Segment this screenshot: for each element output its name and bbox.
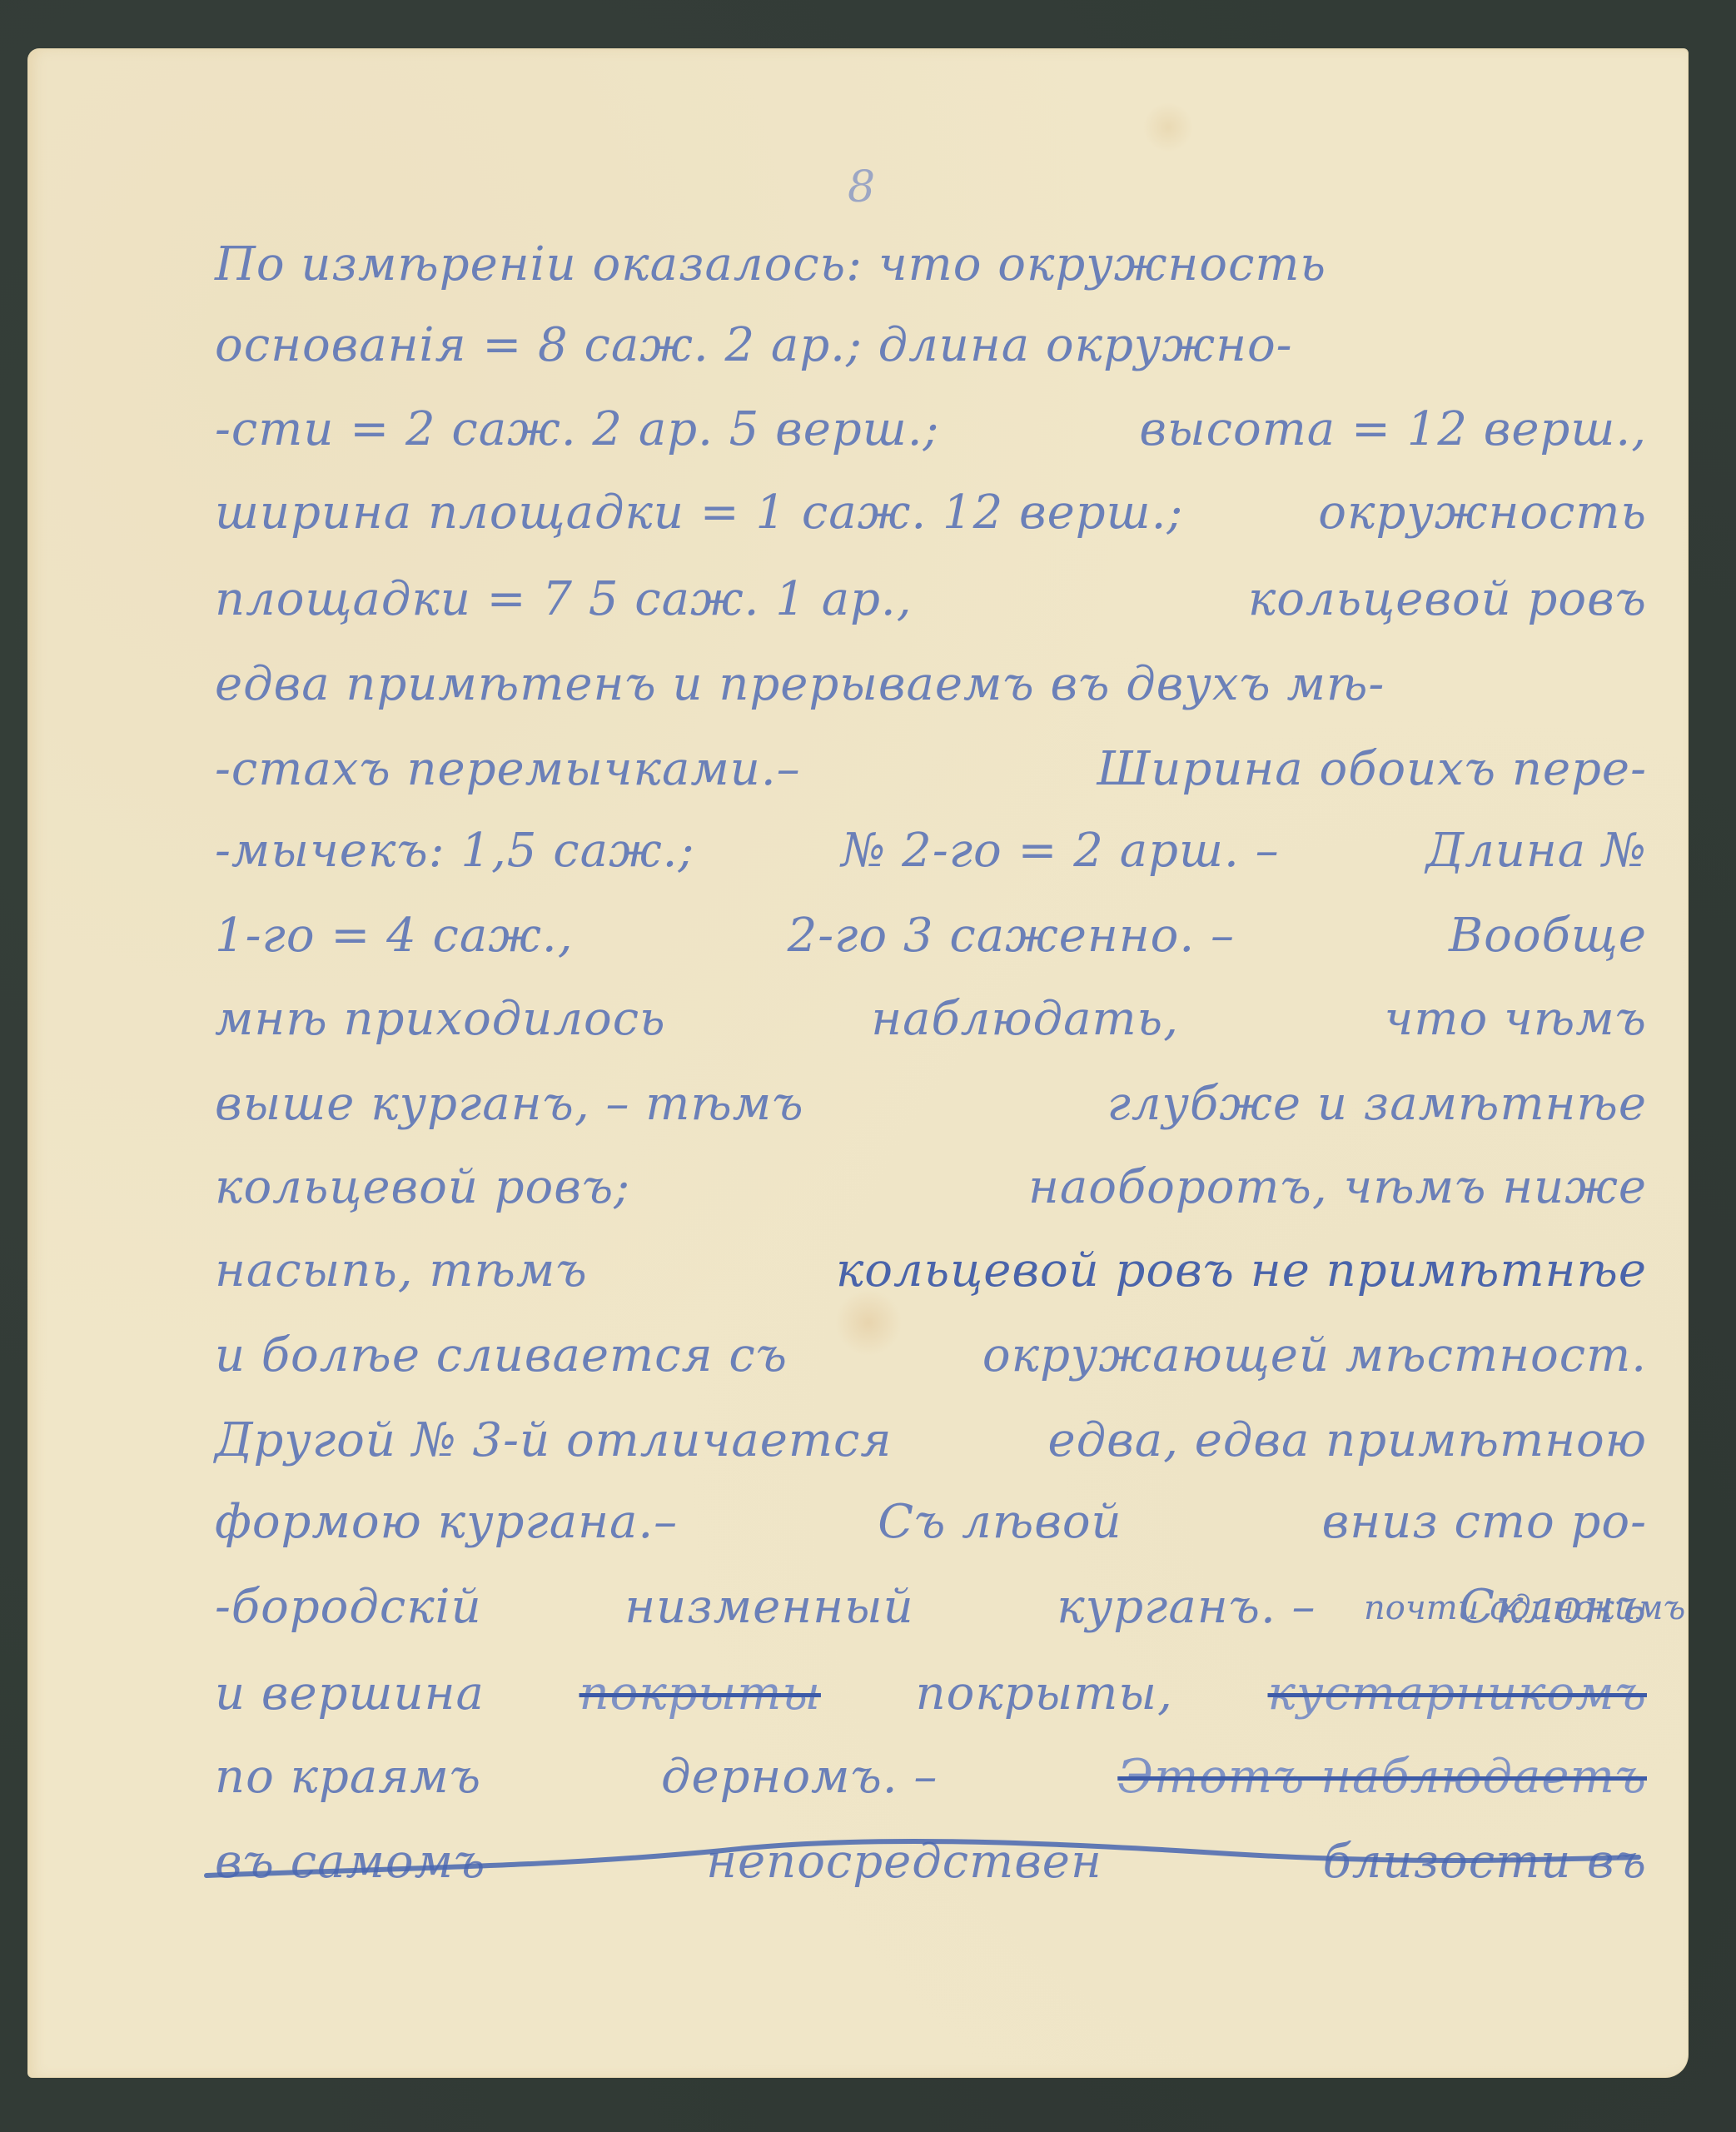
line-segment: Съ лѣвой	[878, 1499, 1122, 1546]
text-line: и болѣе сливается съ окружающей мѣстност…	[215, 1296, 1647, 1379]
line-segment: окружность	[1318, 490, 1647, 536]
line-segment: дерномъ. –	[661, 1754, 938, 1801]
text-line: -стахъ перемычками.– Ширина обоихъ пере-	[215, 710, 1647, 793]
text-line: въ самомъ непосредствен близости въ	[215, 1802, 1647, 1885]
line-segment: -сти = 2 саж. 2 ар. 5 верш.;	[215, 406, 939, 453]
line-segment: окружающей мѣстност.	[982, 1332, 1647, 1379]
text-line: формою кургана.– Съ лѣвой вниз сто ро-	[215, 1462, 1647, 1546]
text-line: основанія = 8 саж. 2 ар.; длина окружно-	[215, 286, 1647, 369]
line-segment: покрыты,	[916, 1671, 1173, 1717]
text-line: выше курганъ, – тѣмъ глубже и замѣтнѣе	[215, 1044, 1647, 1128]
line-segment: едва примѣтенъ и прерываемъ въ двухъ мѣ-	[215, 661, 1385, 708]
line-segment: 2-го 3 саженно. –	[788, 913, 1235, 959]
line-segment: ширина площадки = 1 саж. 12 верш.;	[215, 490, 1183, 536]
interlinear-insertion: почти одинокимъ	[1364, 1589, 1685, 1627]
line-segment: и болѣе сливается съ	[215, 1332, 788, 1379]
line-segment: По измѣреніи оказалось: что окружность	[215, 242, 1326, 288]
text-line: ширина площадки = 1 саж. 12 верш.; окруж…	[215, 453, 1647, 536]
line-segment: наоборотъ, чѣмъ ниже	[1028, 1164, 1647, 1211]
text-line: мнѣ приходилось наблюдать, что чѣмъ	[215, 959, 1647, 1043]
line-segment: -стахъ перемычками.–	[215, 746, 801, 793]
text-line: по краямъ дерномъ. – Этотъ наблюдаетъ	[215, 1717, 1647, 1801]
line-segment: Длина №	[1426, 828, 1647, 874]
line-segment: вниз сто ро-	[1322, 1499, 1647, 1546]
line-segment: 1-го = 4 саж.,	[215, 913, 574, 959]
line-segment: что чѣмъ	[1385, 996, 1647, 1043]
line-segment: курганъ. –	[1057, 1584, 1316, 1631]
line-segment: непосредствен	[706, 1839, 1102, 1885]
struck-segment: покрыты	[579, 1671, 821, 1717]
line-segment: -мычекъ: 1,5 саж.;	[215, 828, 694, 874]
text-line: Другой № 3-й отличается едва, едва примѣ…	[215, 1381, 1647, 1464]
text-line: и вершина покрыты покрыты, кустарникомъ	[215, 1634, 1647, 1717]
line-segment: высота = 12 верш.,	[1139, 406, 1647, 453]
line-segment: едва, едва примѣтною	[1048, 1417, 1647, 1464]
line-segment: низменный	[624, 1584, 914, 1631]
line-segment: площадки = 7 5 саж. 1 ар.,	[215, 576, 913, 623]
line-segment: и вершина	[215, 1671, 485, 1717]
line-segment: глубже и замѣтнѣе	[1107, 1081, 1647, 1128]
line-segment: выше курганъ, – тѣмъ	[215, 1081, 804, 1128]
line-segment: -бородскій	[215, 1584, 482, 1631]
struck-segment: кустарникомъ	[1268, 1671, 1648, 1717]
line-segment: насыпь, тѣмъ	[215, 1248, 588, 1294]
line-segment: основанія = 8 саж. 2 ар.; длина окружно-	[215, 322, 1293, 369]
text-line: насыпь, тѣмъ кольцевой ровъ не примѣтнѣе	[215, 1211, 1647, 1294]
struck-segment: Этотъ наблюдаетъ	[1117, 1754, 1647, 1801]
line-segment: Вообще	[1449, 913, 1647, 959]
line-segment: № 2-го = 2 арш. –	[841, 828, 1279, 874]
line-segment: близости въ	[1323, 1839, 1647, 1885]
text-line: площадки = 7 5 саж. 1 ар., кольцевой ров…	[215, 540, 1647, 623]
text-line: По измѣреніи оказалось: что окружность	[215, 205, 1647, 288]
line-segment: кольцевой ровъ;	[215, 1164, 630, 1211]
text-line: кольцевой ровъ; наоборотъ, чѣмъ ниже	[215, 1128, 1647, 1211]
line-segment: въ самомъ	[215, 1839, 485, 1885]
text-line: едва примѣтенъ и прерываемъ въ двухъ мѣ-	[215, 625, 1647, 708]
line-segment: мнѣ приходилось	[215, 996, 666, 1043]
text-line: -мычекъ: 1,5 саж.; № 2-го = 2 арш. – Дли…	[215, 791, 1647, 874]
line-segment: кольцевой ровъ не примѣтнѣе	[836, 1248, 1647, 1294]
line-segment: наблюдать,	[871, 996, 1179, 1043]
line-segment: Ширина обоихъ пере-	[1097, 746, 1647, 793]
line-segment: кольцевой ровъ	[1248, 576, 1647, 623]
text-line: -сти = 2 саж. 2 ар. 5 верш.; высота = 12…	[215, 370, 1647, 453]
line-segment: Другой № 3-й отличается	[215, 1417, 892, 1464]
line-segment: формою кургана.–	[215, 1499, 678, 1546]
line-segment: по краямъ	[215, 1754, 481, 1801]
text-line: 1-го = 4 саж., 2-го 3 саженно. – Вообще	[215, 876, 1647, 959]
